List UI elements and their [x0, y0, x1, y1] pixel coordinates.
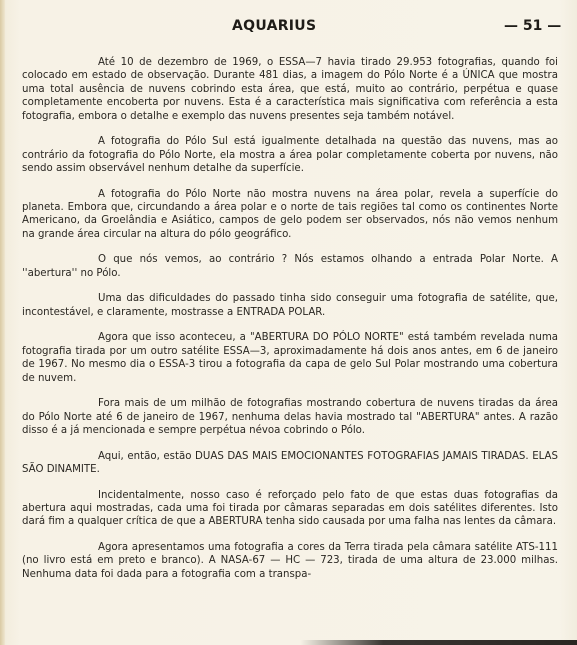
paragraph-million-photos: Fora mais de um milhão de fotografias mo… [22, 397, 558, 437]
page-header: AQUARIUS — 51 — [0, 18, 577, 38]
paragraph-north-pole: A fotografia do Pólo Norte não mostra nu… [22, 188, 558, 242]
book-page: AQUARIUS — 51 — Até 10 de dezembro de 19… [0, 0, 577, 645]
paragraph-polar-entrance: O que nós vemos, ao contrário ? Nós esta… [22, 253, 558, 280]
paragraph-dynamite: Aqui, então, estão DUAS DAS MAIS EMOCION… [22, 450, 558, 477]
paragraph-essa3: Agora que isso aconteceu, a "ABERTURA DO… [22, 331, 558, 385]
paragraph-south-pole: A fotografia do Pólo Sul está igualmente… [22, 135, 558, 175]
paragraph-difficulties: Uma das dificuldades do passado tinha si… [22, 292, 558, 319]
page-number: — 51 — [504, 18, 561, 34]
paragraph-ats111: Agora apresentamos uma fotografia a core… [22, 541, 558, 581]
page-binding-edge [0, 0, 5, 645]
body-text: Até 10 de dezembro de 1969, o ESSA—7 hav… [22, 56, 558, 581]
paragraph-incidentally: Incidentalmente, nosso caso é reforçado … [22, 489, 558, 529]
paragraph-essa7: Até 10 de dezembro de 1969, o ESSA—7 hav… [22, 56, 558, 123]
running-title: AQUARIUS [232, 18, 316, 34]
page-bottom-shadow [300, 640, 577, 645]
